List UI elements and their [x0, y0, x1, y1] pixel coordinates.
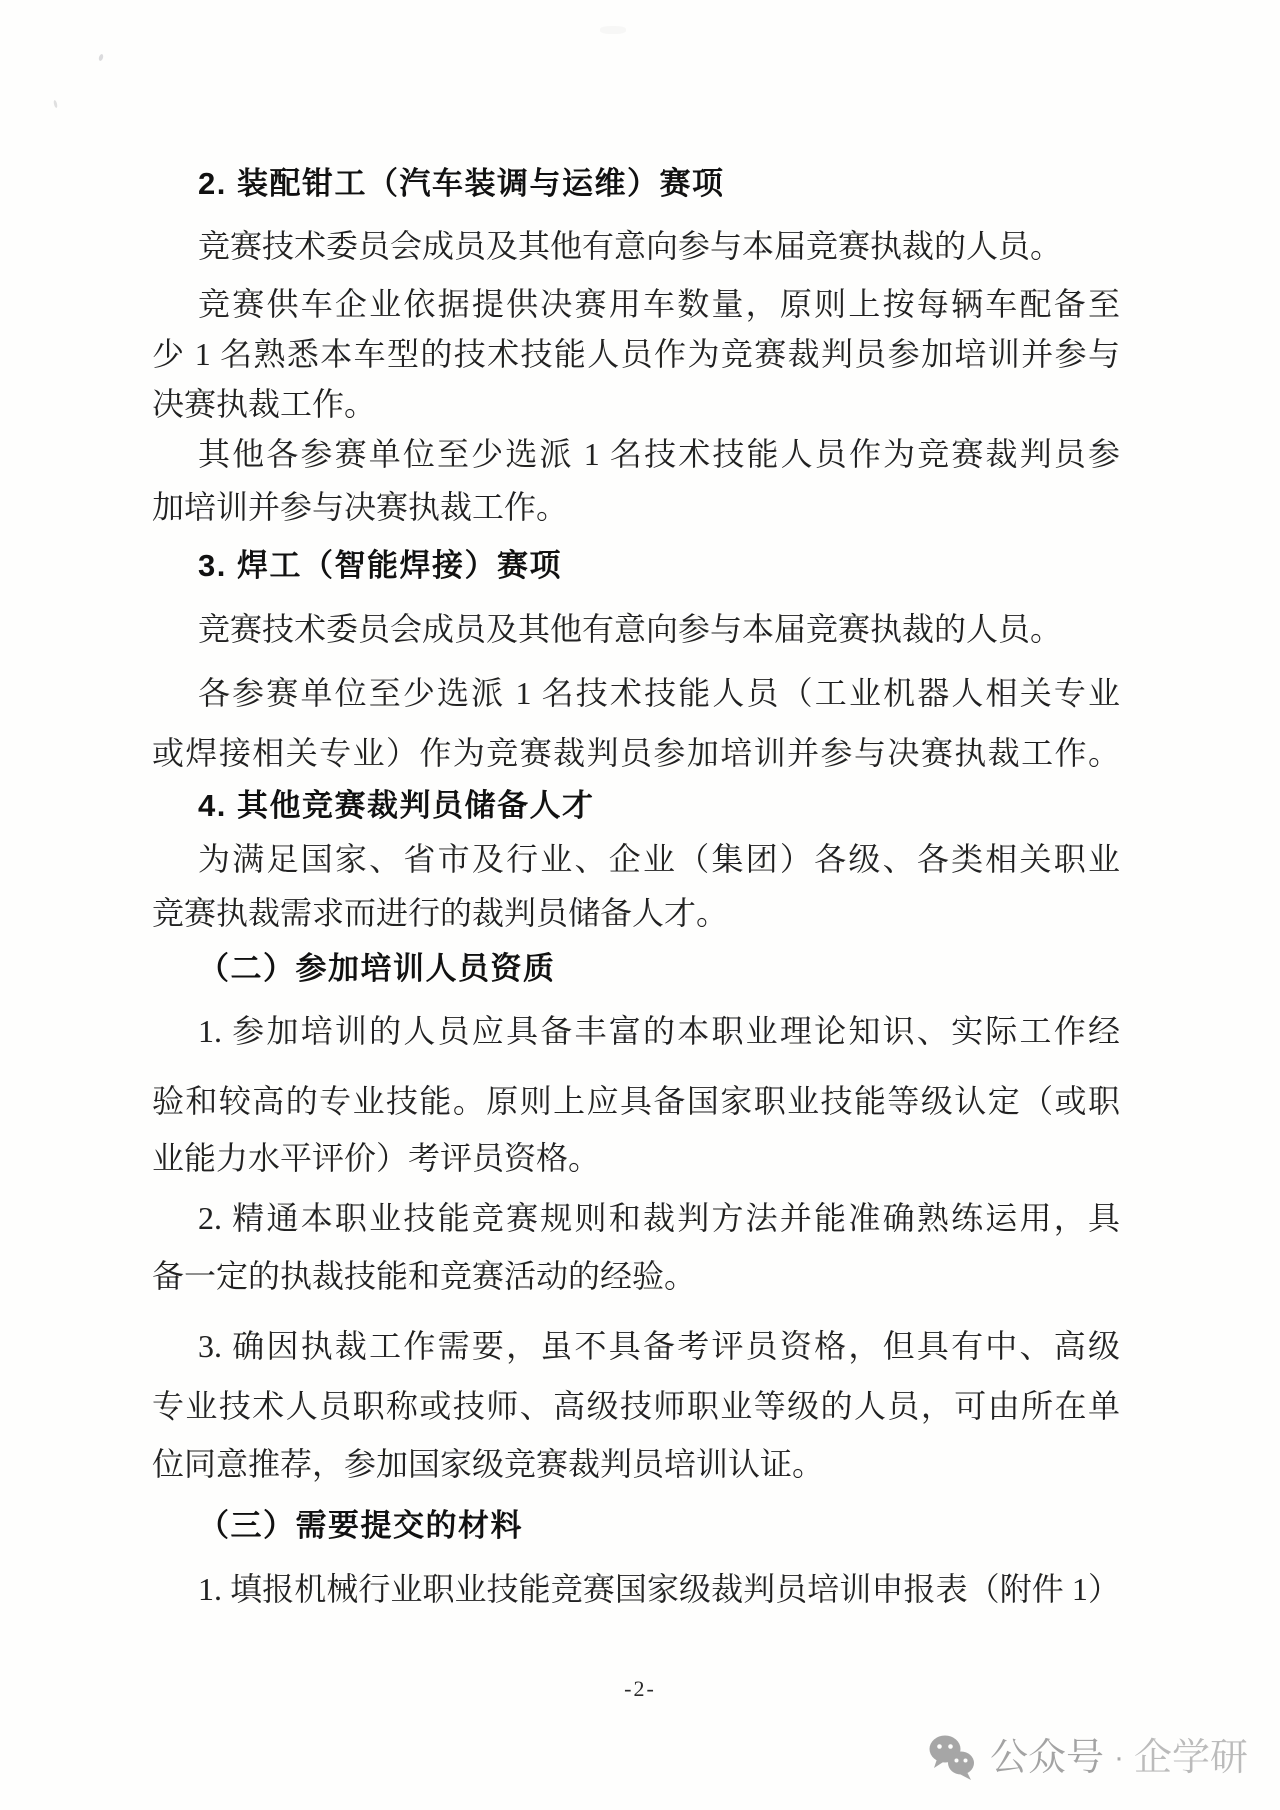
text-line: 位同意推荐，参加国家级竞赛裁判员培训认证。: [152, 1444, 1120, 1484]
scan-artifact: [600, 26, 626, 34]
watermark-account-label: 企学研: [1134, 1734, 1248, 1782]
section-heading: （三）需要提交的材料: [152, 1506, 1120, 1546]
scan-artifact: [53, 100, 58, 108]
text-line: 决赛执裁工作。: [152, 384, 1120, 424]
text-line: 为满足国家、省市及行业、企业（集团）各级、各类相关职业: [152, 839, 1120, 879]
section-heading: （二）参加培训人员资质: [152, 949, 1120, 989]
text-line: 专业技术人员职称或技师、高级技师职业等级的人员，可由所在单: [152, 1386, 1120, 1426]
text-line: 其他各参赛单位至少选派 1 名技术技能人员作为竞赛裁判员参: [152, 434, 1120, 474]
text-line: 验和较高的专业技能。原则上应具备国家职业技能等级认定（或职: [152, 1081, 1120, 1121]
text-line: 1. 填报机械行业职业技能竞赛国家级裁判员培训申报表（附件 1）: [152, 1569, 1120, 1609]
wechat-icon: [928, 1734, 976, 1782]
text-line: 少 1 名熟悉本车型的技术技能人员作为竞赛裁判员参加培训并参与: [152, 334, 1120, 374]
text-line: 竞赛执裁需求而进行的裁判员储备人才。: [152, 893, 1120, 933]
watermark-platform-label: 公众号: [990, 1734, 1104, 1782]
text-line: 竞赛技术委员会成员及其他有意向参与本届竞赛执裁的人员。: [152, 609, 1120, 649]
text-line: 加培训并参与决赛执裁工作。: [152, 487, 1120, 527]
document-page: 2. 装配钳工（汽车装调与运维）赛项 竞赛技术委员会成员及其他有意向参与本届竞赛…: [0, 0, 1280, 1810]
page-number: -2-: [0, 1676, 1280, 1702]
text-line: 或焊接相关专业）作为竞赛裁判员参加培训并参与决赛执裁工作。: [152, 733, 1120, 773]
section-heading: 2. 装配钳工（汽车装调与运维）赛项: [152, 164, 1120, 204]
text-line: 2. 精通本职业技能竞赛规则和裁判方法并能准确熟练运用，具: [152, 1198, 1120, 1238]
text-line: 1. 参加培训的人员应具备丰富的本职业理论知识、实际工作经: [152, 1011, 1120, 1051]
text-line: 备一定的执裁技能和竞赛活动的经验。: [152, 1256, 1120, 1296]
text-line: 业能力水平评价）考评员资格。: [152, 1138, 1120, 1178]
section-heading: 3. 焊工（智能焊接）赛项: [152, 546, 1120, 586]
section-heading: 4. 其他竞赛裁判员储备人才: [152, 786, 1120, 826]
watermark-separator: ·: [1114, 1734, 1124, 1782]
wechat-watermark: 公众号 · 企学研: [928, 1734, 1248, 1782]
text-line: 各参赛单位至少选派 1 名技术技能人员（工业机器人相关专业: [152, 673, 1120, 713]
scan-artifact: [98, 54, 104, 62]
text-line: 竞赛供车企业依据提供决赛用车数量，原则上按每辆车配备至: [152, 284, 1120, 324]
text-line: 竞赛技术委员会成员及其他有意向参与本届竞赛执裁的人员。: [152, 226, 1120, 266]
text-line: 3. 确因执裁工作需要，虽不具备考评员资格，但具有中、高级: [152, 1326, 1120, 1366]
